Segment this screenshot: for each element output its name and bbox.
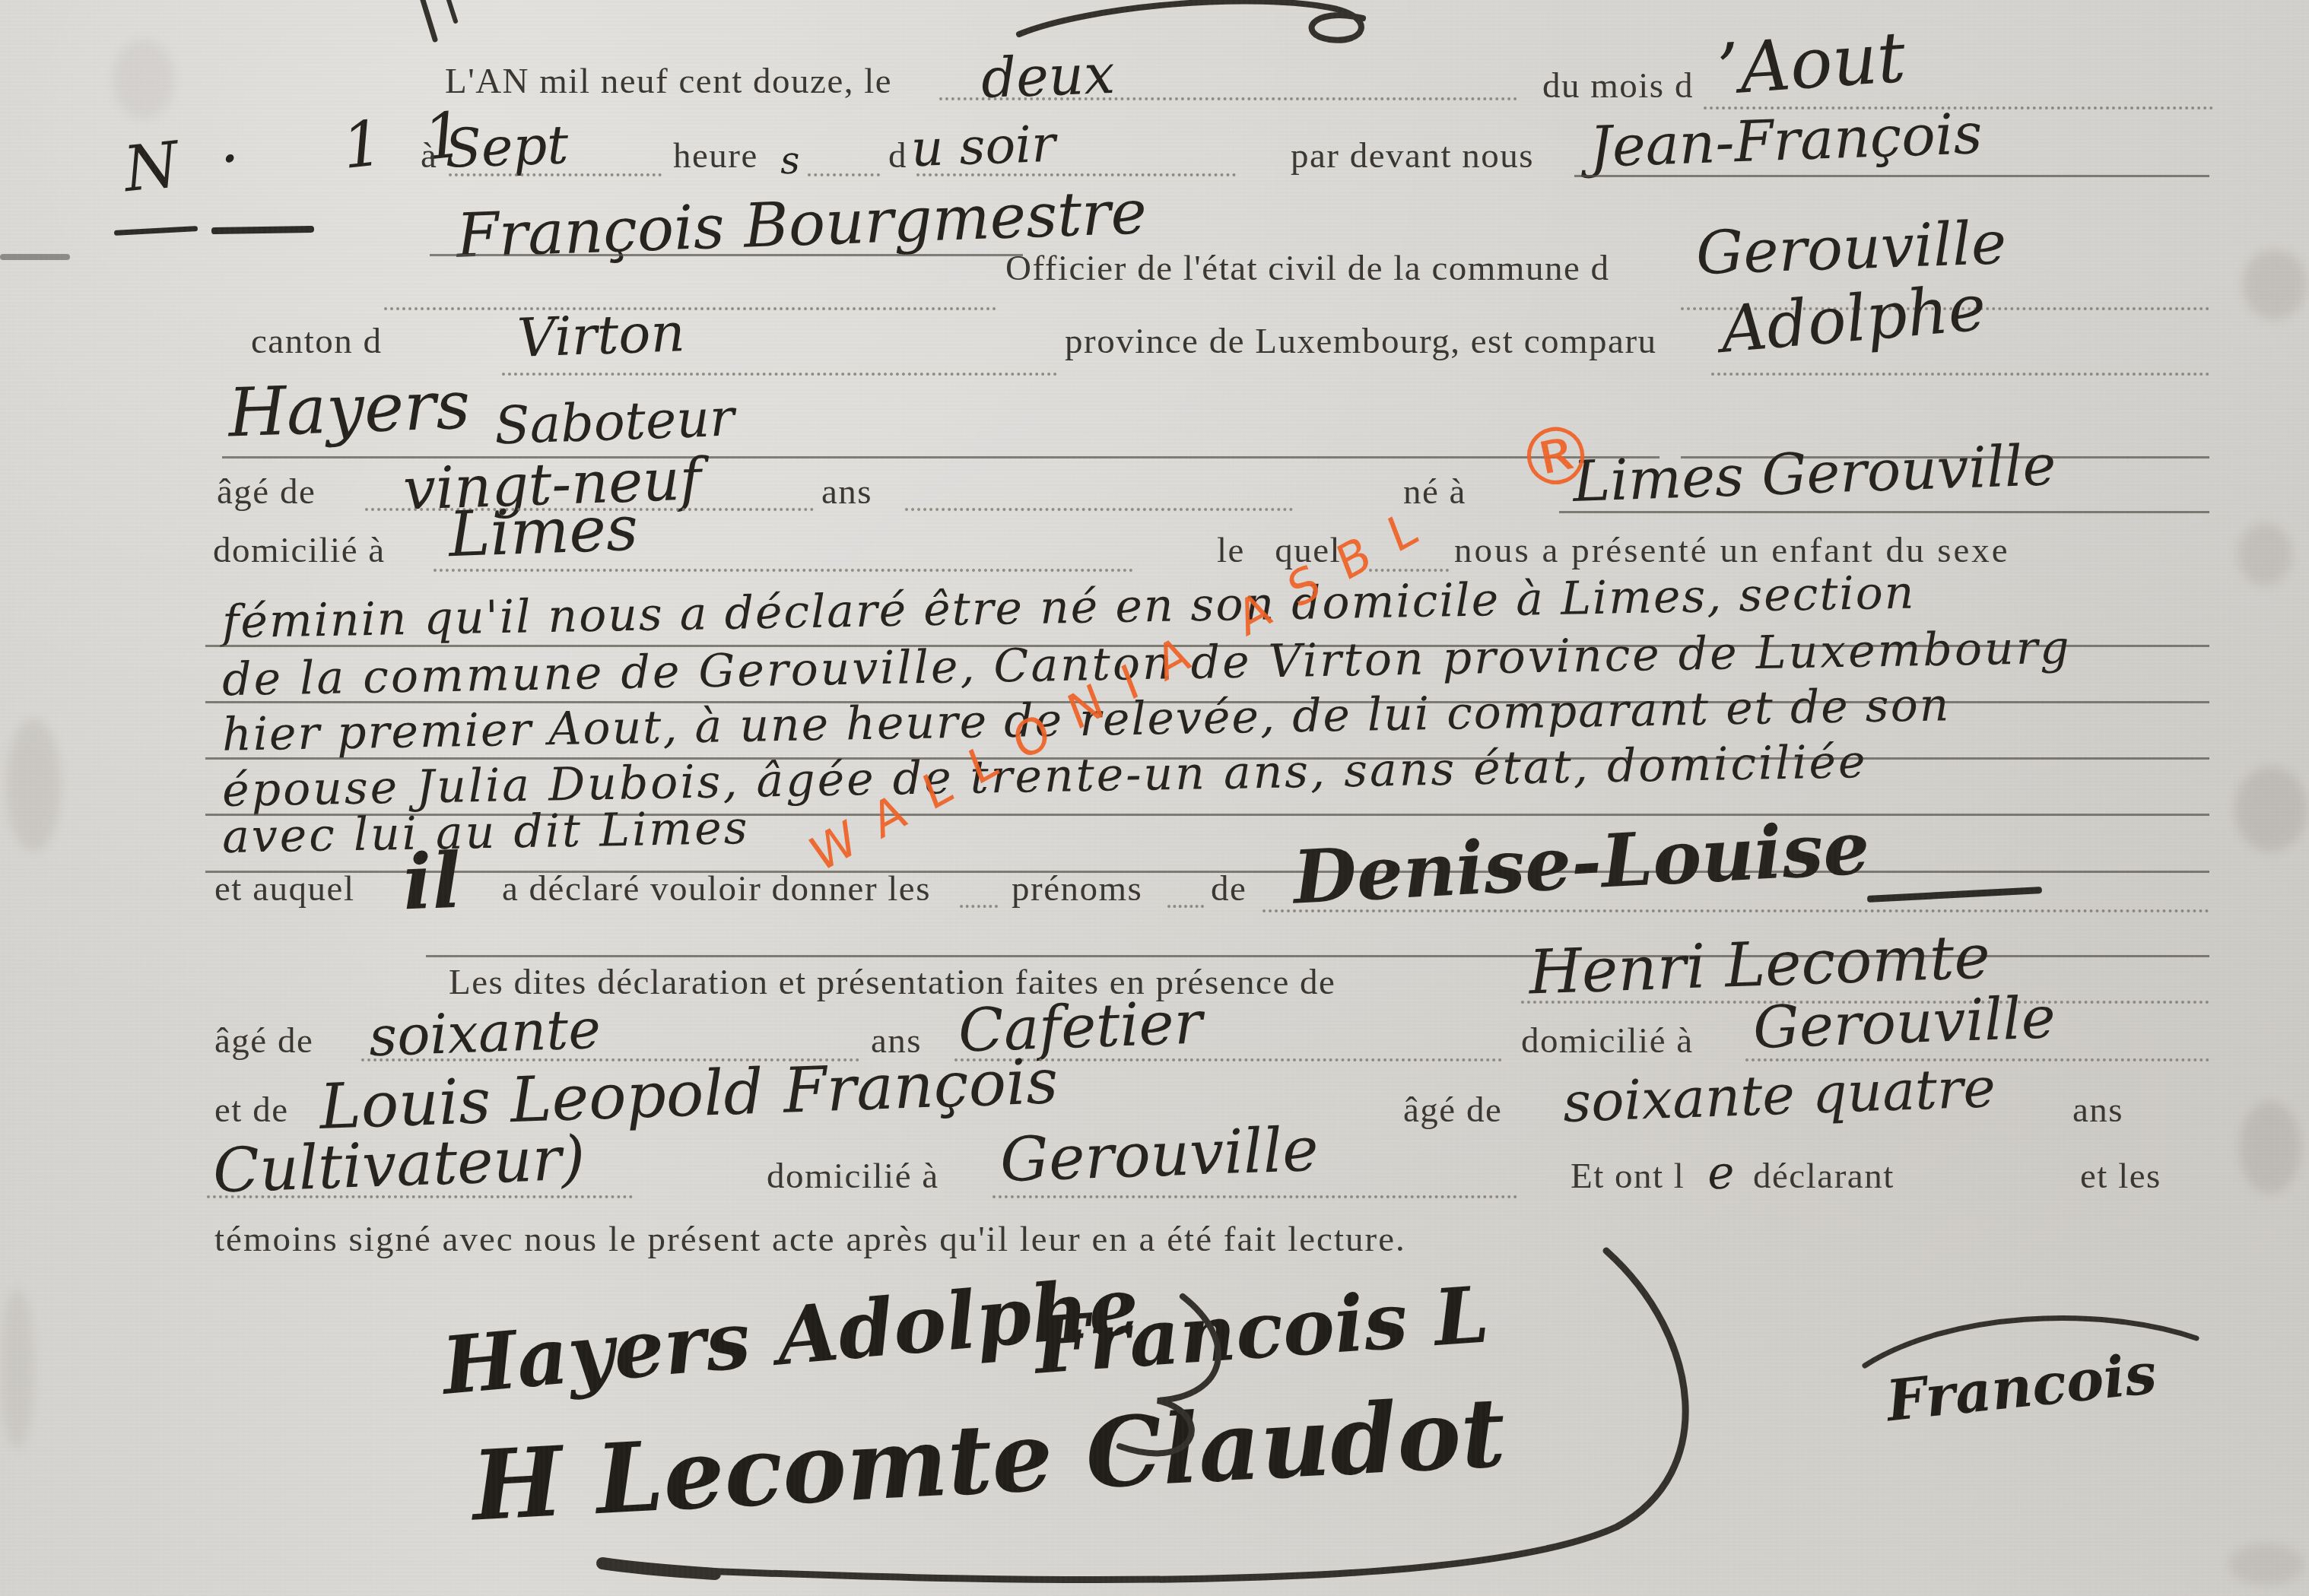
printed-temoins: témoins signé avec nous le présent acte … <box>214 1219 1406 1260</box>
blank-leader <box>960 905 998 908</box>
hw-domicile2: Gerouville <box>1752 983 2057 1061</box>
blank-leader <box>1262 909 2209 912</box>
printed-et-ont: Et ont l <box>1571 1156 1685 1197</box>
blank-leader <box>808 173 880 176</box>
margin-dash <box>114 226 198 236</box>
blank-leader <box>434 569 1133 572</box>
blank-leader <box>905 508 1293 511</box>
printed-canton: canton d <box>251 321 383 362</box>
blank-leader <box>1167 905 1204 908</box>
hw-canton: Virton <box>516 301 686 370</box>
hw-hour: Sept <box>444 113 570 180</box>
bleed-smudge <box>2234 766 2307 852</box>
printed-et-auquel: et auquel <box>214 868 354 909</box>
blank-leader <box>502 373 1057 376</box>
hw-month: ’Aout <box>1715 17 1908 111</box>
paper-smudge <box>0 1289 34 1448</box>
civil-register-page: N· 11 L'AN mil neuf cent douze, le deux … <box>0 0 2309 1596</box>
watermark-registered-icon: ® <box>1507 404 1604 511</box>
paper-smudge <box>113 40 175 119</box>
hw-domicile3: Gerouville <box>999 1114 1320 1196</box>
hw-period: u soir <box>910 115 1056 179</box>
hw-para-row5: avec lui au dit Limes <box>221 801 750 864</box>
printed-par-devant: par devant nous <box>1291 135 1534 176</box>
printed-ans: ans <box>821 471 872 512</box>
printed-age: âgé de <box>217 471 316 512</box>
printed-presente-enfant: nous a présenté un enfant du sexe <box>1454 530 2010 571</box>
printed-province: province de Luxembourg, est comparu <box>1065 321 1657 362</box>
blank-leader <box>1711 373 2209 376</box>
hw-surname: Hayers <box>227 365 472 452</box>
printed-d: d <box>888 135 907 176</box>
bleed-smudge <box>2228 1544 2304 1585</box>
bleed-smudge <box>2239 1101 2301 1194</box>
printed-domicilie: domicilié à <box>213 530 386 571</box>
paper-smudge <box>6 719 61 852</box>
blank-leader <box>449 173 662 176</box>
hw-plural-s: s <box>780 138 801 183</box>
printed-du-mois: du mois d <box>1542 65 1694 106</box>
bleed-smudge <box>2238 523 2292 585</box>
hand-rule <box>1559 511 2209 513</box>
printed-officier: Officier de l'état civil de la commune d <box>1005 248 1610 289</box>
printed-declare-donner: a déclaré vouloir donner les <box>502 868 931 909</box>
hw-child-names: Denise-Louise <box>1291 804 1872 921</box>
printed-ans3: ans <box>2072 1090 2123 1131</box>
printed-heure: heure <box>673 135 758 176</box>
printed-prenoms: prénoms <box>1012 868 1142 909</box>
printed-et-les: et les <box>2080 1156 2161 1197</box>
hw-age3: soixante quatre <box>1562 1055 1997 1134</box>
hw-day: deux <box>980 42 1116 110</box>
signature-officer: Francois <box>1883 1341 2159 1435</box>
printed-declarant: déclarant <box>1753 1156 1895 1197</box>
blank-leader <box>207 1195 633 1198</box>
printed-domicilie3: domicilié à <box>767 1156 939 1197</box>
blank-leader <box>993 1195 1517 1198</box>
signature-lecomte-claudot: H Lecomte Claudot <box>469 1376 1508 1543</box>
hand-rule <box>430 254 1023 256</box>
printed-year-line: L'AN mil neuf cent douze, le <box>445 61 892 102</box>
hw-end-dash <box>1867 887 2042 903</box>
printed-a: à <box>421 135 437 176</box>
printed-et-de: et de <box>214 1090 289 1131</box>
hw-birthplace: Limes Gerouville <box>1572 433 2057 515</box>
hw-prof3: Cultivateur) <box>212 1122 586 1206</box>
hw-officer-name: Jean-François <box>1589 101 1983 180</box>
blank-leader <box>384 307 996 310</box>
blank-leader <box>916 173 1236 176</box>
hw-domicile: Limes <box>447 493 639 572</box>
hand-rule <box>1574 175 2209 177</box>
printed-de: de <box>1211 868 1247 909</box>
bleed-smudge <box>2242 249 2307 319</box>
printed-domicilie2: domicilié à <box>1521 1020 1694 1061</box>
margin-dash <box>211 226 314 234</box>
hw-e: e <box>1707 1146 1736 1200</box>
hw-il: il <box>402 836 462 928</box>
edge-bleed-dash <box>0 254 70 260</box>
printed-age3: âgé de <box>1403 1090 1502 1131</box>
printed-age2: âgé de <box>214 1020 313 1061</box>
